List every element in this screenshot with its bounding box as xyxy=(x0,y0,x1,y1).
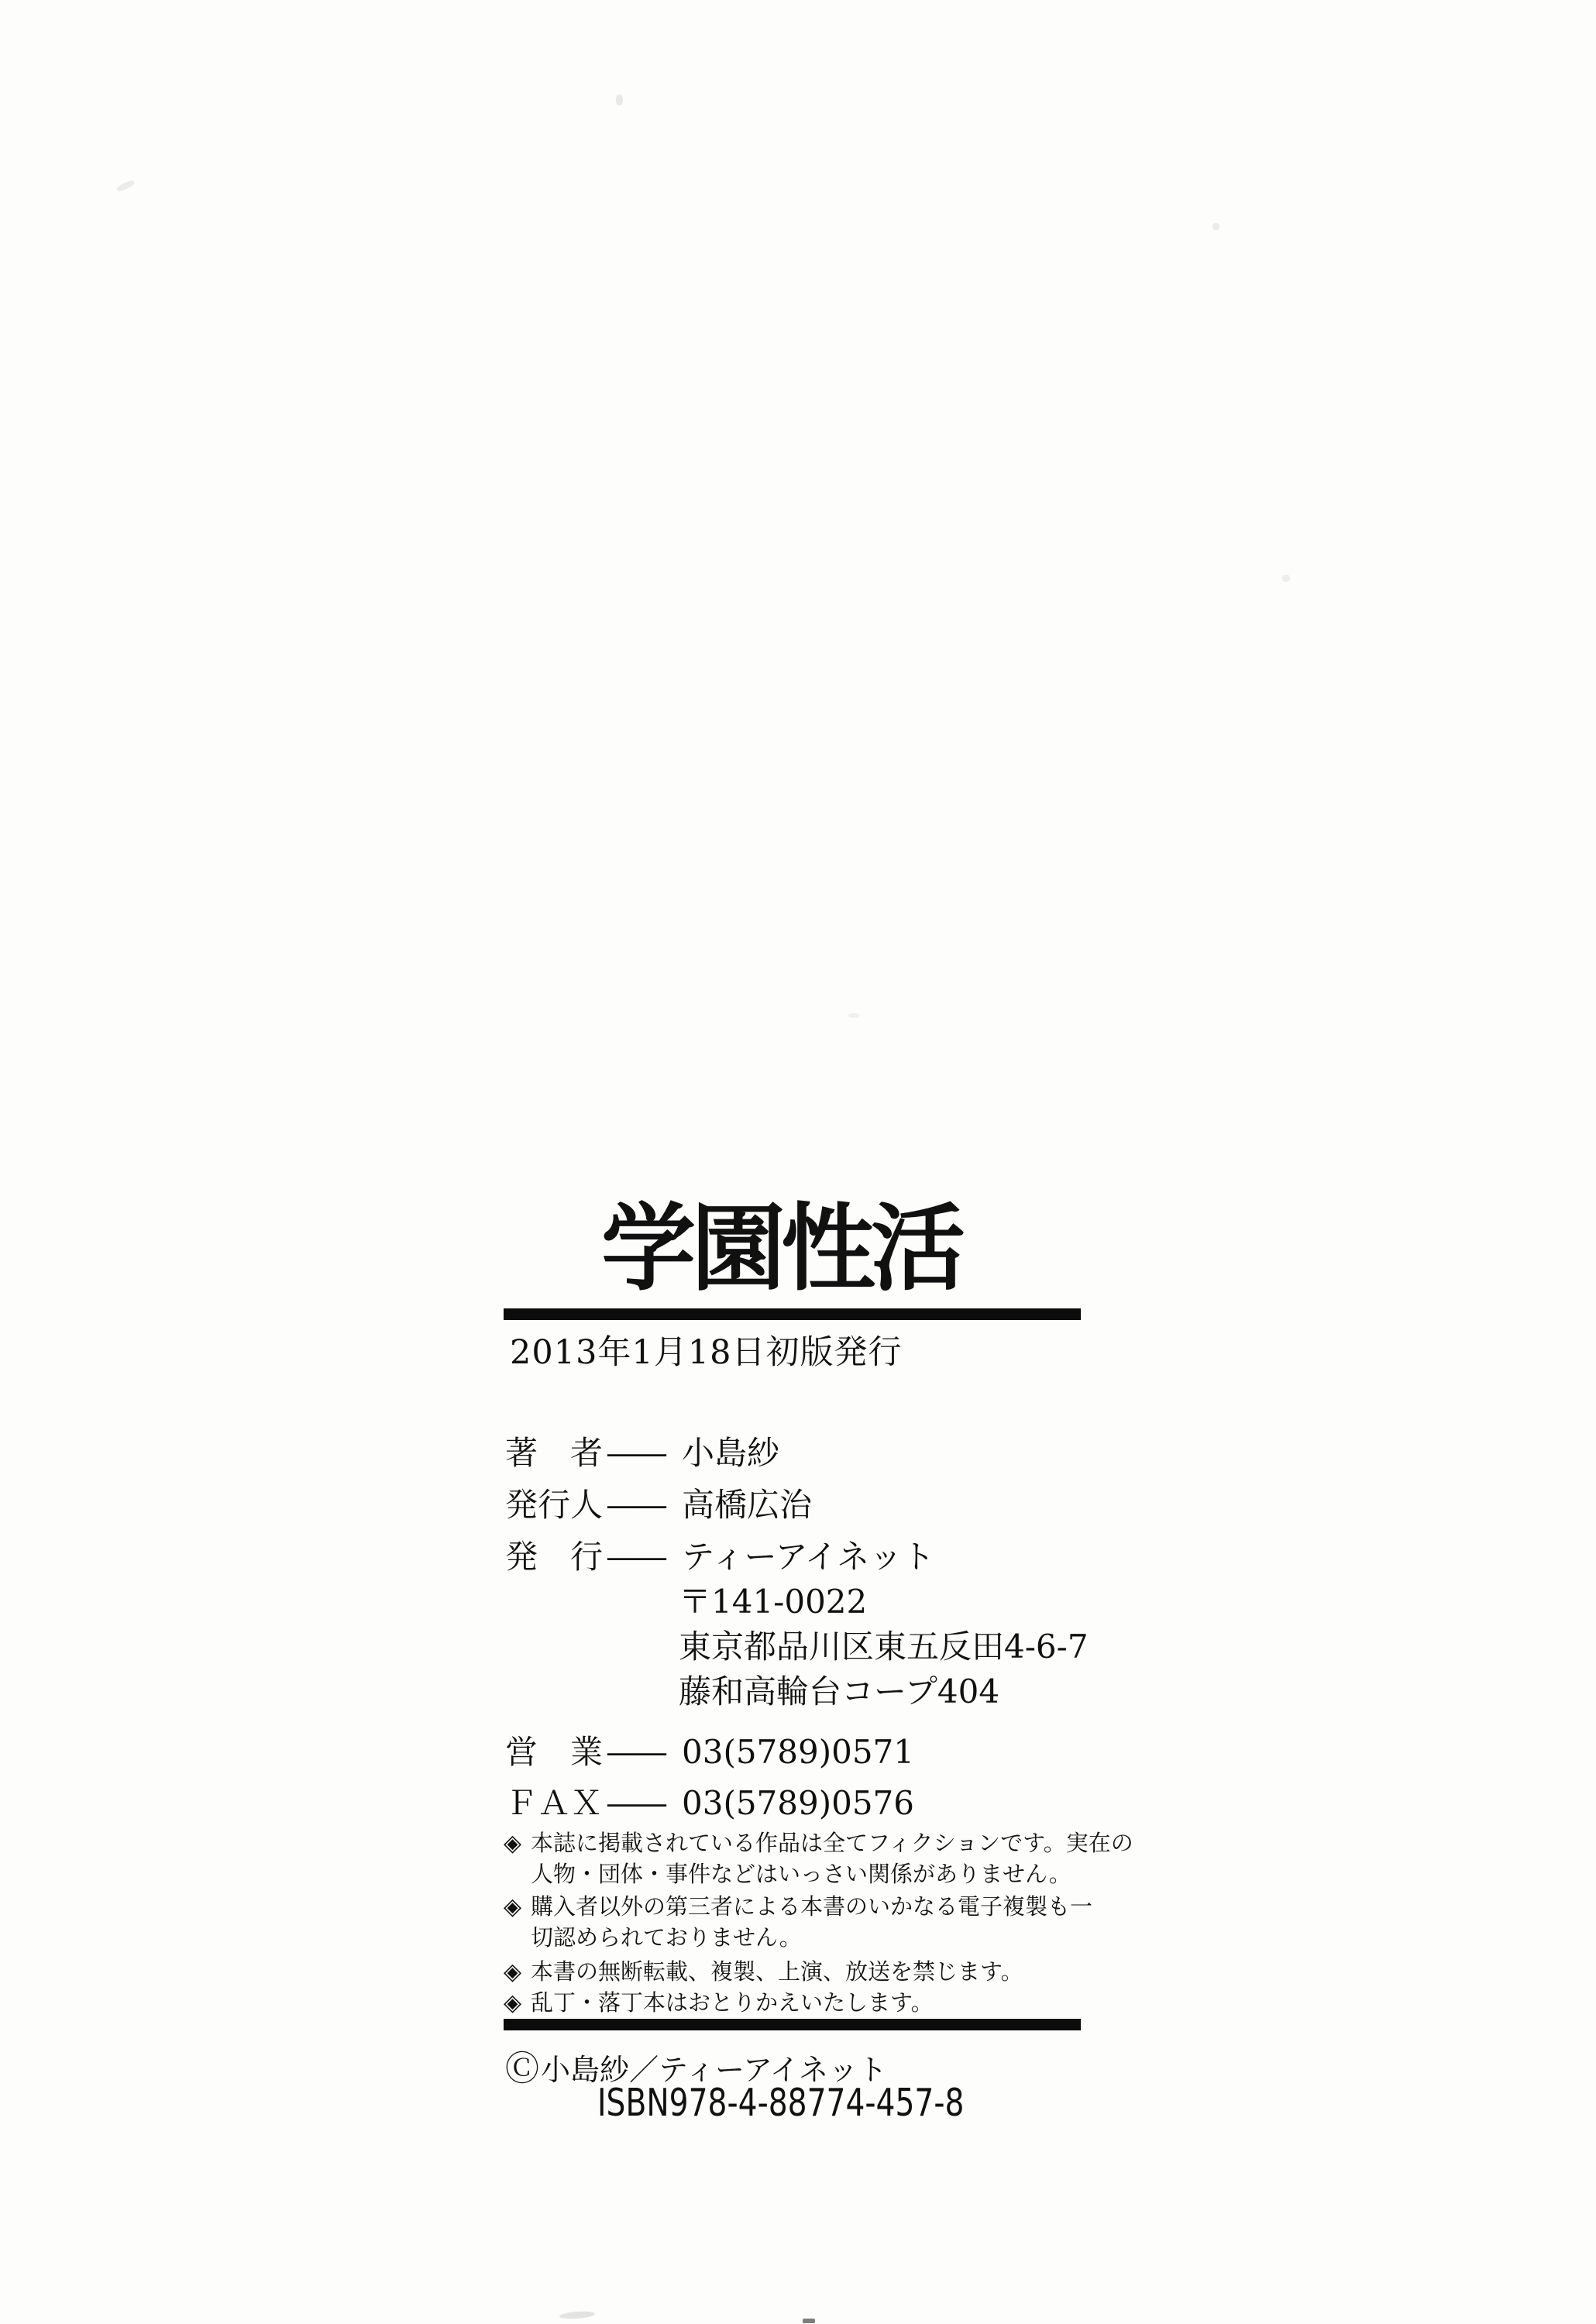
scan-artifact xyxy=(616,95,623,105)
notice-text: 購入者以外の第三者による本書のいかなる電子複製も一 xyxy=(531,1889,1092,1921)
sales-dash: —— xyxy=(606,1733,682,1771)
colophon-row-publisher: 発行人 —— 高橋広治 xyxy=(505,1480,812,1526)
address-line: 東京都品川区東五反田4-6-7 xyxy=(679,1621,1089,1668)
notice-text: 本誌に掲載されている作品は全てフィクションです。実在の xyxy=(531,1826,1133,1858)
scan-artifact xyxy=(803,2319,815,2323)
author-label: 著 者 xyxy=(505,1428,606,1474)
notice-copy-line2: 切認められておりません。 xyxy=(504,1920,802,1952)
publisher-value: 高橋広治 xyxy=(682,1480,812,1526)
notice-copy-line1: ◈ 購入者以外の第三者による本書のいかなる電子複製も一 xyxy=(504,1889,1092,1921)
author-dash: —— xyxy=(606,1434,682,1472)
issuer-label: 発 行 xyxy=(505,1532,606,1578)
notice-defective-copies: ◈ 乱丁・落丁本はおとりかえいたします。 xyxy=(504,1985,934,2017)
fax-label: ＦＡＸ xyxy=(505,1778,606,1824)
colophon-page: 学園性活 2013年1月18日初版発行 著 者 —— 小島紗 発行人 —— 高橋… xyxy=(0,0,1596,2324)
scan-artifact xyxy=(115,179,135,192)
diamond-bullet-icon: ◈ xyxy=(504,1830,531,1857)
copyright-icon: Ⓒ xyxy=(505,2049,541,2089)
issuer-dash: —— xyxy=(606,1538,682,1576)
notice-fiction-line2: 人物・団体・事件などはいっさい関係がありません。 xyxy=(504,1857,1071,1889)
postal-code: 〒141-0022 xyxy=(679,1576,867,1623)
fax-number: 03(5789)0576 xyxy=(682,1784,914,1822)
bottom-divider-rule xyxy=(504,2019,1081,2030)
title-divider-rule xyxy=(504,1308,1081,1320)
publisher-dash: —— xyxy=(606,1486,682,1524)
notice-text: 本書の無断転載、複製、上演、放送を禁じます。 xyxy=(531,1954,1023,1986)
diamond-bullet-icon: ◈ xyxy=(504,1958,531,1985)
scan-artifact xyxy=(559,2310,596,2319)
notice-text: 人物・団体・事件などはいっさい関係がありません。 xyxy=(531,1857,1071,1889)
notice-text: 乱丁・落丁本はおとりかえいたします。 xyxy=(531,1985,934,2017)
notice-reproduction: ◈ 本書の無断転載、複製、上演、放送を禁じます。 xyxy=(504,1954,1023,1986)
sales-label: 営 業 xyxy=(505,1727,606,1773)
notice-fiction-line1: ◈ 本誌に掲載されている作品は全てフィクションです。実在の xyxy=(504,1826,1133,1858)
diamond-bullet-icon: ◈ xyxy=(504,1989,531,2016)
colophon-row-issuer: 発 行 —— ティーアイネット xyxy=(505,1532,934,1578)
scan-artifact xyxy=(848,1013,859,1018)
diamond-bullet-icon: ◈ xyxy=(504,1893,531,1920)
colophon-row-fax: ＦＡＸ —— 03(5789)0576 xyxy=(505,1778,914,1824)
colophon-row-author: 著 者 —— 小島紗 xyxy=(505,1428,779,1474)
author-value: 小島紗 xyxy=(682,1428,779,1474)
fax-dash: —— xyxy=(606,1784,682,1822)
publisher-label: 発行人 xyxy=(505,1480,606,1526)
scan-artifact xyxy=(1282,575,1290,582)
notice-text: 切認められておりません。 xyxy=(531,1920,802,1952)
address-line2: 藤和高輪台コープ404 xyxy=(679,1666,999,1713)
issuer-value: ティーアイネット xyxy=(682,1532,934,1578)
colophon-row-sales: 営 業 —— 03(5789)0571 xyxy=(505,1727,914,1773)
scan-artifact xyxy=(1212,223,1219,230)
edition-date: 2013年1月18日初版発行 xyxy=(510,1326,903,1373)
sales-phone: 03(5789)0571 xyxy=(682,1733,914,1771)
book-title: 学園性活 xyxy=(601,1199,961,1298)
isbn-number: ISBN978-4-88774-457-8 xyxy=(597,2081,964,2125)
